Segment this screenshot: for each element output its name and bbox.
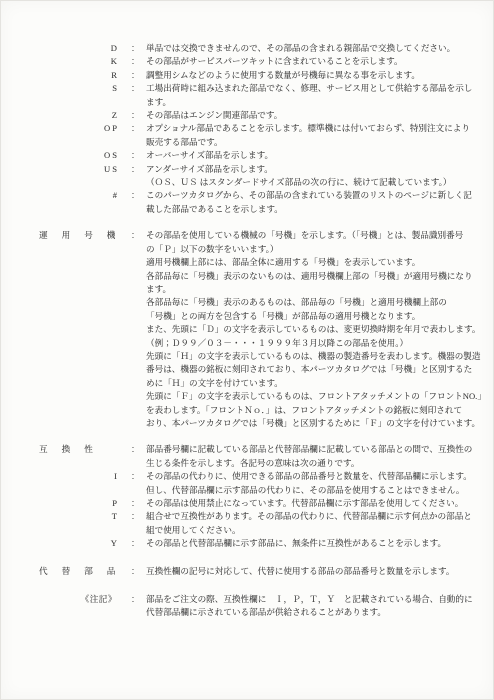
- code-label: S: [1, 82, 131, 95]
- text-line: 代替部品欄に示されている部品が供給されることがあります。: [146, 606, 493, 619]
- section-symbol-codes: D ： 単品では交換できませんので、その部品の含まれる親部品で交換してください。…: [1, 42, 493, 216]
- text-line: 先頭に「Ｆ」の文字を表示しているものは、フロントアタッチメントの「フロントNO.…: [146, 390, 493, 403]
- code-label: #: [1, 189, 131, 202]
- text-line: オーバーサイズ部品を示します。: [146, 149, 493, 162]
- section-operating-serial: 運用号機 ： その部品を使用している機械の「号機」を示します。（「号機」とは、製…: [1, 229, 493, 430]
- text-line: 但し、代替部品欄に示す部品の代わりに、その部品を使用することはできません。: [146, 484, 493, 497]
- code-label: US: [1, 163, 131, 176]
- code-description: その部品がサービスパーツキットに含まれていることを示します。: [146, 55, 493, 68]
- colon-separator: ：: [131, 109, 146, 122]
- code-entry-row: OS ： オーバーサイズ部品を示します。: [1, 149, 493, 162]
- section-compatibility: 互換性 ： 部品番号欄に記載している部品と代替部品欄に記載している部品との間で、…: [1, 443, 493, 550]
- colon-separator: ：: [131, 443, 146, 456]
- text-line: 工場出荷時に組み込まれた部品でなく、修理、サービス用として供給する部品を示し: [146, 82, 493, 95]
- code-description: 調整用シムなどのように使用する数量が号機毎に異なる事を示します。: [146, 69, 493, 82]
- compatibility-code-list: I ： その部品の代わりに、使用できる部品の部品番号と数量を、代替部品欄に示しま…: [1, 470, 493, 550]
- alternative-parts-text: 互換性欄の記号に対応して、代替に使用する部品の部品番号と数量を示します。: [146, 565, 493, 578]
- text-line: おり、本パーツカタログでは「号機」と区別するために「Ｆ」の文字を付けています。: [146, 417, 493, 430]
- colon-separator: ：: [131, 593, 146, 606]
- scanned-parts-catalog-legend-page: D ： 単品では交換できませんので、その部品の含まれる親部品で交換してください。…: [0, 0, 494, 700]
- text-line: ます。: [146, 283, 493, 296]
- text-line: その部品と代替部品欄に示す部品に、無条件に互換性があることを示します。: [146, 537, 493, 550]
- text-line: 調整用シムなどのように使用する数量が号機毎に異なる事を示します。: [146, 69, 493, 82]
- text-line: 販売する部品です。: [146, 136, 493, 149]
- compatibility-code-description: その部品の代わりに、使用できる部品の部品番号と数量を、代替部品欄に示します。但し…: [146, 470, 493, 497]
- colon-separator: ：: [131, 537, 146, 550]
- colon-separator: ：: [131, 510, 146, 523]
- colon-separator: ：: [131, 497, 146, 510]
- code-label: OP: [1, 122, 131, 135]
- colon-separator: ：: [131, 229, 146, 242]
- code-description: オプショナル部品であることを示します。標準機には付いておらず、特別注文により販売…: [146, 122, 493, 149]
- text-line: 載した部品であることを示します。: [146, 203, 493, 216]
- code-description: 単品では交換できませんので、その部品の含まれる親部品で交換してください。: [146, 42, 493, 55]
- code-description: その部品はエンジン関連部品です。: [146, 109, 493, 122]
- operating-serial-label: 運用号機: [1, 229, 131, 242]
- page-content: D ： 単品では交換できませんので、その部品の含まれる親部品で交換してください。…: [1, 1, 493, 620]
- text-line: 番号は、機器の銘板に刻印されており、本パーツカタログでは「号機」と区別するた: [146, 363, 493, 376]
- colon-separator: ：: [131, 69, 146, 82]
- code-entry-row: R ： 調整用シムなどのように使用する数量が号機毎に異なる事を示します。: [1, 69, 493, 82]
- section-note: 《注記》 ： 部品をご注文の際、互換性欄に Ｉ，Ｐ，Ｔ，Ｙ と記載されている場合…: [1, 593, 493, 620]
- compatibility-code-description: その部品は使用禁止になっています。代替部品欄に示す部品を使用してください。: [146, 497, 493, 510]
- operating-serial-text: その部品を使用している機械の「号機」を示します。（「号機」とは、製品識別番号の「…: [146, 229, 493, 430]
- code-label: R: [1, 69, 131, 82]
- colon-separator: ：: [131, 55, 146, 68]
- alternative-parts-label: 代替部品: [1, 565, 131, 578]
- text-line: 部品番号欄に記載している部品と代替部品欄に記載している部品との間で、互換性の: [146, 443, 493, 456]
- code-label: K: [1, 55, 131, 68]
- text-line: 単品では交換できませんので、その部品の含まれる親部品で交換してください。: [146, 42, 493, 55]
- code-description: オーバーサイズ部品を示します。: [146, 149, 493, 162]
- text-line: このパーツカタログから、その部品の含まれている装置のリストのページに新しく記: [146, 189, 493, 202]
- compatibility-code-description: 組合せで互換性があります。その部品の代わりに、代替部品欄に示す何点かの部品と組で…: [146, 510, 493, 537]
- colon-separator: ：: [131, 82, 146, 95]
- text-line: 生じる条件を示します。各記号の意味は次の通りです。: [146, 457, 493, 470]
- colon-separator: ：: [131, 163, 146, 176]
- code-entry-row: D ： 単品では交換できませんので、その部品の含まれる親部品で交換してください。: [1, 42, 493, 55]
- code-description: 工場出荷時に組み込まれた部品でなく、修理、サービス用として供給する部品を示します…: [146, 82, 493, 109]
- code-label: Z: [1, 109, 131, 122]
- text-line: ます。: [146, 96, 493, 109]
- compatibility-code-label: Y: [1, 537, 131, 550]
- text-line: また、先頭に「Ｄ」の文字を表示しているものは、変更切換時期を年月で表わします。: [146, 323, 493, 336]
- text-line: アンダーサイズ部品を示します。: [146, 163, 493, 176]
- compatibility-intro-row: 互換性 ： 部品番号欄に記載している部品と代替部品欄に記載している部品との間で、…: [1, 443, 493, 470]
- code-entry-row: OP ： オプショナル部品であることを示します。標準機には付いておらず、特別注文…: [1, 122, 493, 149]
- compatibility-code-row: I ： その部品の代わりに、使用できる部品の部品番号と数量を、代替部品欄に示しま…: [1, 470, 493, 497]
- note-text: 部品をご注文の際、互換性欄に Ｉ，Ｐ，Ｔ，Ｙ と記載されている場合、自動的に代替…: [146, 593, 493, 620]
- text-line: その部品の代わりに、使用できる部品の部品番号と数量を、代替部品欄に示します。: [146, 470, 493, 483]
- text-line: 部品をご注文の際、互換性欄に Ｉ，Ｐ，Ｔ，Ｙ と記載されている場合、自動的に: [146, 593, 493, 606]
- compatibility-code-row: T ： 組合せで互換性があります。その部品の代わりに、代替部品欄に示す何点かの部…: [1, 510, 493, 537]
- colon-separator: ：: [131, 565, 146, 578]
- colon-separator: ：: [131, 42, 146, 55]
- compatibility-code-label: T: [1, 510, 131, 523]
- compatibility-label: 互換性: [1, 443, 131, 456]
- code-description: このパーツカタログから、その部品の含まれている装置のリストのページに新しく記載し…: [146, 189, 493, 216]
- text-line: その部品はエンジン関連部品です。: [146, 109, 493, 122]
- colon-separator: ：: [131, 149, 146, 162]
- text-line: を表わします。「フロントＮｏ．」は、フロントアタッチメントの銘板に刻印されて: [146, 404, 493, 417]
- code-entry-row: US ： アンダーサイズ部品を示します。（ＯＳ、ＵＳ はスタンダードサイズ部品の…: [1, 163, 493, 190]
- colon-separator: ：: [131, 189, 146, 202]
- text-line: の「Ｐ」以下の数字をいいます。）: [146, 243, 493, 256]
- compatibility-intro-text: 部品番号欄に記載している部品と代替部品欄に記載している部品との間で、互換性の生じ…: [146, 443, 493, 470]
- text-line: オプショナル部品であることを示します。標準機には付いておらず、特別注文により: [146, 122, 493, 135]
- text-line: 適用号機欄上部には、部品全体に適用する「号機」を表示しています。: [146, 256, 493, 269]
- compatibility-code-row: P ： その部品は使用禁止になっています。代替部品欄に示す部品を使用してください…: [1, 497, 493, 510]
- code-entry-row: Z ： その部品はエンジン関連部品です。: [1, 109, 493, 122]
- text-line: 「号機」との両方を包含する「号機」が部品毎の適用号機となります。: [146, 310, 493, 323]
- code-entry-row: # ： このパーツカタログから、その部品の含まれている装置のリストのページに新し…: [1, 189, 493, 216]
- compatibility-code-description: その部品と代替部品欄に示す部品に、無条件に互換性があることを示します。: [146, 537, 493, 550]
- text-line: 先頭に「Ｈ」の文字を表示しているものは、機器の製造番号を表わします。機器の製造: [146, 350, 493, 363]
- text-line: 各部品毎に「号機」表示のないものは、適用号機欄上部の「号機」が適用号機になり: [146, 270, 493, 283]
- text-line: その部品がサービスパーツキットに含まれていることを示します。: [146, 55, 493, 68]
- text-line: めに「Ｈ」の文字を付けています。: [146, 377, 493, 390]
- text-line: （ＯＳ、ＵＳ はスタンダードサイズ部品の次の行に、続けて記載しています。）: [146, 176, 493, 189]
- text-line: 組合せで互換性があります。その部品の代わりに、代替部品欄に示す何点かの部品と: [146, 510, 493, 523]
- text-line: その部品を使用している機械の「号機」を示します。（「号機」とは、製品識別番号: [146, 229, 493, 242]
- colon-separator: ：: [131, 470, 146, 483]
- section-alternative-parts: 代替部品 ： 互換性欄の記号に対応して、代替に使用する部品の部品番号と数量を示し…: [1, 565, 493, 578]
- colon-separator: ：: [131, 122, 146, 135]
- text-line: 組で使用してください。: [146, 524, 493, 537]
- code-description: アンダーサイズ部品を示します。（ＯＳ、ＵＳ はスタンダードサイズ部品の次の行に、…: [146, 163, 493, 190]
- text-line: その部品は使用禁止になっています。代替部品欄に示す部品を使用してください。: [146, 497, 493, 510]
- code-entry-row: K ： その部品がサービスパーツキットに含まれていることを示します。: [1, 55, 493, 68]
- compatibility-code-row: Y ： その部品と代替部品欄に示す部品に、無条件に互換性があることを示します。: [1, 537, 493, 550]
- code-label: D: [1, 42, 131, 55]
- code-label: OS: [1, 149, 131, 162]
- code-entry-row: S ： 工場出荷時に組み込まれた部品でなく、修理、サービス用として供給する部品を…: [1, 82, 493, 109]
- compatibility-code-label: I: [1, 470, 131, 483]
- note-label: 《注記》: [1, 593, 131, 606]
- text-line: 互換性欄の記号に対応して、代替に使用する部品の部品番号と数量を示します。: [146, 565, 493, 578]
- text-line: （例；Ｄ９９／０３－・・・１９９９年３月以降この部品を使用。）: [146, 337, 493, 350]
- text-line: 各部品毎に「号機」表示のあるものは、部品毎の「号機」と適用号機欄上部の: [146, 296, 493, 309]
- compatibility-code-label: P: [1, 497, 131, 510]
